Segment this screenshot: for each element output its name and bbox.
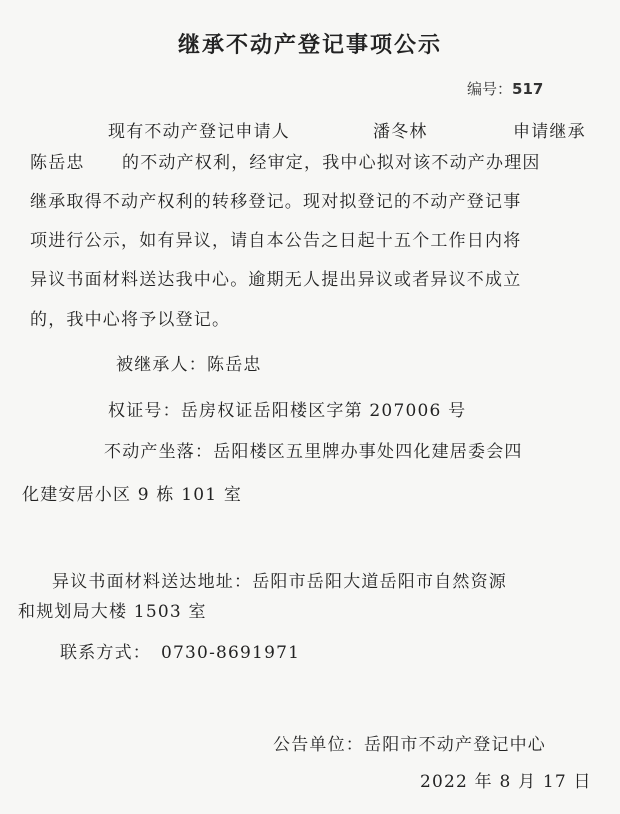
- field-value: 陈岳忠: [207, 355, 262, 375]
- issuer-value: 岳阳市不动产登记中心: [364, 735, 546, 755]
- notice-date: 2022 年 8 月 17 日: [420, 767, 610, 792]
- objection-address-field: 异议书面材料送达地址：岳阳市岳阳大道岳阳市自然资源: [52, 567, 620, 592]
- decedent-field: 被继承人：陈岳忠: [116, 350, 620, 375]
- field-label: 不动产坐落：: [104, 442, 213, 462]
- paragraph-line-4: 项进行公示，如有异议，请自本公告之日起十五个工作日内将: [30, 226, 600, 251]
- paragraph-line-2: 陈岳忠 的不动产权利，经审定，我中心拟对该不动产办理因: [30, 148, 600, 173]
- page-title: 继承不动产登记事项公示: [0, 28, 620, 59]
- decedent-name: 陈岳忠: [30, 153, 85, 173]
- paragraph-text: 现有不动产登记申请人: [108, 122, 290, 142]
- field-label: 异议书面材料送达地址：: [52, 572, 252, 592]
- notice-page: 继承不动产登记事项公示 编号：517 现有不动产登记申请人 潘冬林 申请继承 陈…: [0, 0, 620, 814]
- paragraph-line-5: 异议书面材料送达我中心。逾期无人提出异议或者异议不成立: [30, 265, 600, 290]
- number-value: 517: [512, 80, 543, 98]
- contact-field: 联系方式：0730-8691971: [60, 638, 620, 663]
- applicant-name: 潘冬林: [373, 117, 428, 142]
- field-label: 权证号：: [108, 401, 181, 421]
- location-field: 不动产坐落：岳阳楼区五里牌办事处四化建居委会四: [104, 437, 620, 462]
- paragraph-line-3: 继承取得不动产权利的转移登记。现对拟登记的不动产登记事: [30, 187, 600, 212]
- issuer: 公告单位：岳阳市不动产登记中心: [273, 730, 603, 755]
- paragraph-text: 的不动产权利，经审定，我中心拟对该不动产办理因: [122, 148, 541, 173]
- field-label: 被继承人：: [116, 355, 207, 375]
- paragraph-text: 申请继承: [513, 117, 586, 142]
- number-label: 编号：: [467, 80, 512, 98]
- certificate-field: 权证号：岳房权证岳阳楼区字第 207006 号: [108, 396, 620, 421]
- field-value: 0730-8691971: [161, 643, 300, 663]
- paragraph-line-6: 的，我中心将予以登记。: [30, 305, 600, 330]
- field-value: 岳阳市岳阳大道岳阳市自然资源: [252, 572, 507, 592]
- notice-number: 编号：517: [467, 78, 543, 99]
- location-field-cont: 化建安居小区 9 栋 101 室: [22, 480, 592, 505]
- objection-address-cont: 和规划局大楼 1503 室: [18, 597, 588, 622]
- field-label: 联系方式：: [60, 643, 151, 663]
- issuer-label: 公告单位：: [273, 735, 364, 755]
- field-value: 岳阳楼区五里牌办事处四化建居委会四: [213, 442, 522, 462]
- paragraph-line-1: 现有不动产登记申请人 潘冬林 申请继承: [108, 117, 620, 142]
- field-value: 岳房权证岳阳楼区字第 207006 号: [181, 401, 467, 421]
